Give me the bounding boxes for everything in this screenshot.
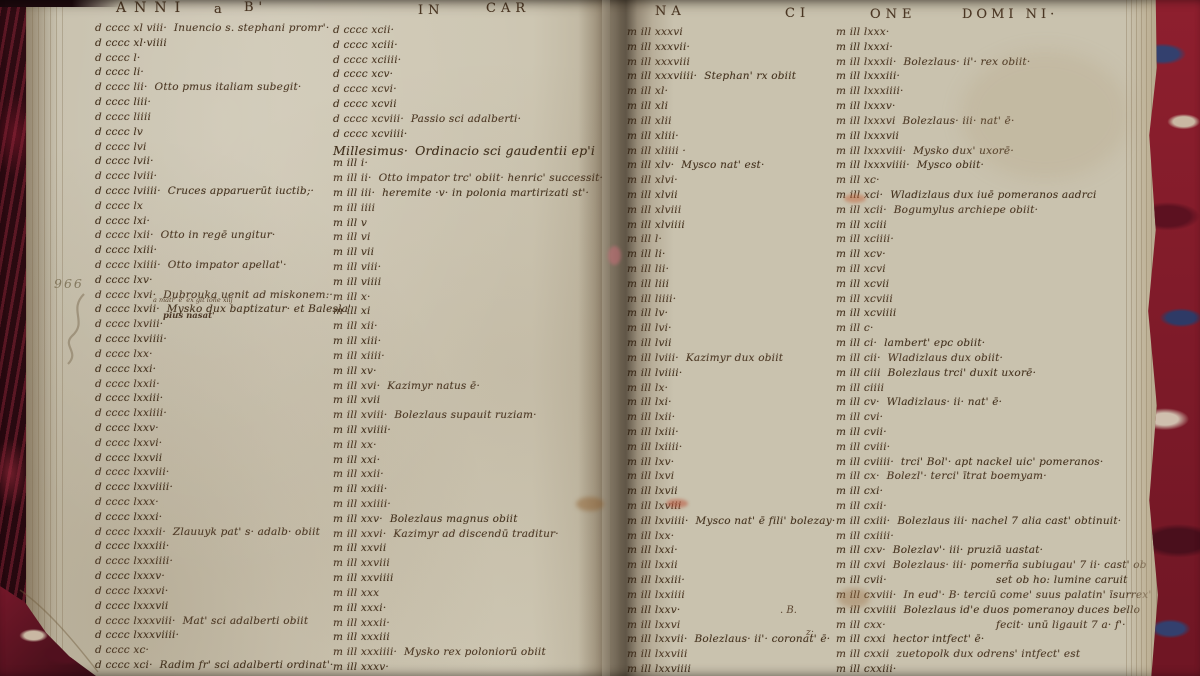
annal-year: m ill c·	[836, 322, 874, 334]
annal-entry: m ill xi	[333, 305, 623, 320]
annal-entry: m ill xviii·Bolezlaus supauit ruziam·	[333, 409, 623, 424]
annal-note: Kazimyr ad discendū traditur·	[393, 528, 558, 540]
annal-year: m ill iiii	[333, 202, 375, 214]
annal-entry: Millesimus·Ordinacio sci gaudentii ep'i	[333, 143, 623, 158]
running-title-segment: B'	[244, 0, 267, 15]
annal-note: Mysko dux' uxorē·	[913, 145, 1014, 157]
annal-year: m ill cxiii·	[836, 515, 890, 527]
annal-year: m ill xliiii ·	[627, 145, 686, 157]
margin-flourish-pencil	[58, 292, 92, 368]
annal-entry: d cccc xc·	[95, 644, 360, 659]
annal-entry: d cccc lv	[95, 126, 360, 141]
annal-note-continuation: fecit· unū ligauit 7 a· f'·	[996, 619, 1126, 631]
annal-year: m ill xlii	[627, 115, 672, 127]
annal-year: d cccc lxxxii·	[95, 526, 166, 538]
annal-note: Bolezlaus iii· nachel 7 alia cast' obtin…	[897, 515, 1121, 527]
annal-entry: m ill xlvii	[627, 189, 842, 204]
annal-year: d cccc xciiii·	[333, 54, 401, 66]
annal-entry: m ill xv·	[333, 365, 623, 380]
annal-entry: m ill liii	[627, 278, 842, 293]
annal-entry: m ill cxviiiiBolezlaus id'e duos pomeran…	[836, 604, 1168, 619]
annal-note: Wladizlaus dux iuē pomeranos aadrci	[890, 189, 1096, 201]
annal-entry: d cccc lxviiii·	[95, 333, 360, 348]
annal-entry: m ill xliiii ·	[627, 145, 842, 160]
annal-entry: m ill xxxvii·	[627, 41, 842, 56]
annal-entry: d cccc lxvii·Mysko dux baptizatur· et Ba…	[95, 303, 360, 318]
annal-entry: d cccc lxxviii·	[95, 466, 360, 481]
annal-entry: m ill cvi·	[836, 411, 1168, 426]
annal-entry: d cccc lxi·	[95, 215, 360, 230]
annal-entry: m ill xxxiii	[333, 631, 623, 646]
annal-entry: m ill cvii·	[836, 426, 1168, 441]
running-title-segment: a	[214, 2, 227, 17]
annal-note: Ordinacio sci gaudentii ep'i	[415, 143, 595, 158]
annal-entry: m ill xliii·	[627, 130, 842, 145]
annal-entry: d cccc xcviii·Passio sci adalberti·	[333, 113, 623, 128]
annal-entry: m ill xxii·	[333, 468, 623, 483]
annal-note-continuation: set ob ho: lumine caruit	[996, 574, 1128, 586]
annal-year: d cccc lxxxvii	[95, 600, 169, 612]
annal-entry: m ill ci·lambert' epc obiit·	[836, 337, 1168, 352]
annal-entry: d cccc lxiiii·Otto impator apellat'·	[95, 259, 360, 274]
annal-entry: m ill xxxvi	[627, 26, 842, 41]
annal-entry: d cccc lxxxvii	[95, 600, 360, 615]
annal-entry: m ill cxi·	[836, 485, 1168, 500]
annal-entry: d cccc lvii·	[95, 155, 360, 170]
annal-year: m ill xxxiii	[333, 631, 390, 643]
gutter-margin-note-b: . B.	[780, 605, 797, 616]
annal-year: m ill lxx·	[627, 530, 674, 542]
annal-entry: m ill lxxxii·Bolezlaus· ii'· rex obiit·	[836, 56, 1168, 71]
annal-entry: m ill xcvi	[836, 263, 1168, 278]
annal-year: m ill lxxii	[627, 559, 678, 571]
annal-entry: m ill lxxxv·	[836, 100, 1168, 115]
annal-year: m ill cxx·	[836, 619, 886, 631]
annal-year: d cccc xcviii·	[333, 113, 404, 125]
annal-note: zuetopolk dux odrens' intfect' est	[896, 648, 1080, 660]
annal-entry: d cccc lxxviiii·	[95, 481, 360, 496]
annal-entry: m ill lxxxviii·Mysko dux' uxorē·	[836, 145, 1168, 160]
annal-entry: m ill xcviii	[836, 293, 1168, 308]
annal-year: d cccc lviii·	[95, 170, 157, 182]
annal-note: Bolezlaus· iii· pomerña subiugau' 7 ii· …	[893, 559, 1147, 571]
annal-entry: m ill lxxv·	[627, 604, 842, 619]
annal-entry: m ill l·	[627, 233, 842, 248]
annal-entry: d cccc lxxi·	[95, 363, 360, 378]
annal-entry: m ill lv·	[627, 307, 842, 322]
annal-entry: m ill xcviiii	[836, 307, 1168, 322]
annal-entry: d cccc lxxxviii·Mat' sci adalberti obiit	[95, 615, 360, 630]
annal-year: m ill lxxviiii	[627, 663, 691, 675]
annal-entry: d cccc lxii·Otto in regē ungitur·	[95, 229, 360, 244]
annal-entry: d cccc lxxv·	[95, 422, 360, 437]
annal-note: Mysco obiit·	[917, 159, 984, 171]
annal-year: m ill xli	[627, 100, 668, 112]
annal-entry: d cccc l·	[95, 52, 360, 67]
annal-note: lambert' epc obiit·	[884, 337, 985, 349]
annal-entry: m ill xli	[627, 100, 842, 115]
annal-year: m ill xxv·	[333, 513, 383, 525]
annal-year: m ill lxxxiiii·	[836, 85, 904, 97]
annal-year: m ill cviii·	[836, 441, 890, 453]
annal-year: m ill xcii·	[836, 204, 887, 216]
annal-year: d cccc lxiii·	[95, 244, 157, 256]
annal-entry: m ill cv·Wladizlaus· ii· nat' ē·	[836, 396, 1168, 411]
manuscript-page-right: NA CI ONE DOMI NI· m ill xxxvim ill xxxv…	[610, 0, 1155, 676]
annal-entry: d cccc lxxx·	[95, 496, 360, 511]
annal-note: Otto pmus italiam subegit·	[155, 81, 302, 93]
annal-entry: m ill xxxviii	[627, 56, 842, 71]
annal-entry: d cccc lxxxii·Zlauuyk pat' s· adalb· obi…	[95, 526, 360, 541]
annal-entry: m ill xiii·	[333, 335, 623, 350]
annal-entry: d cccc lxx·	[95, 348, 360, 363]
annal-year: m ill cxxiii·	[836, 663, 896, 675]
annal-year: d cccc lxxiii·	[95, 392, 163, 404]
running-title-segment: CI	[785, 6, 810, 21]
annal-year: m ill lviiii·	[627, 367, 682, 379]
annal-entry: m ill lviii·Kazimyr dux obiit	[627, 352, 842, 367]
annal-entry: m ill viii·	[333, 261, 623, 276]
annal-year: m ill xlviiii	[627, 219, 685, 231]
annal-entry: m ill lxxxiii·	[836, 70, 1168, 85]
annal-note: Bolezlaus supauit ruziam·	[394, 409, 536, 421]
annal-year: m ill x·	[333, 291, 371, 303]
annal-entry: m ill lviiii·	[627, 367, 842, 382]
annal-note: Otto impator trc' obiit· henric' success…	[379, 172, 604, 184]
annal-year: m ill lxxviii	[627, 648, 688, 660]
annal-year: m ill xxxiiii·	[333, 646, 397, 658]
annal-entry: m ill xii·	[333, 320, 623, 335]
annal-year: m ill cxv·	[836, 544, 886, 556]
annal-year: m ill lvii	[627, 337, 672, 349]
annal-year: d cccc lviiii·	[95, 185, 161, 197]
annals-column-1036-1079: m ill xxxvim ill xxxvii·m ill xxxviiim i…	[627, 26, 842, 676]
annal-year: d cccc lxxiiii·	[95, 407, 167, 419]
annal-entry: d cccc lxxxviiii·	[95, 629, 360, 644]
annal-note: Bolezlaus· ii'· rex obiit·	[903, 56, 1030, 68]
annal-year: m ill cx·	[836, 470, 880, 482]
annal-year: m ill xxvii	[333, 542, 386, 554]
annal-year: m ill lxxxvi	[836, 115, 896, 127]
annal-entry: m ill cxx·fecit· unū ligauit 7 a· f'·	[836, 619, 1168, 634]
annal-year: d cccc lxxxviii·	[95, 615, 176, 627]
annal-year: m ill lxiiii·	[627, 441, 682, 453]
annal-year: Millesimus·	[333, 143, 408, 158]
annal-note: hector intfect' ē·	[893, 633, 985, 645]
annal-entry: m ill lxxviiii	[627, 663, 842, 676]
book-cover-top-edge	[0, 0, 120, 7]
annal-year: m ill lxxiii·	[627, 574, 685, 586]
annal-year: m ill cxxi	[836, 633, 886, 645]
annal-year: d cccc xcv·	[333, 68, 393, 80]
annal-year: d cccc xl·viiii	[95, 37, 167, 49]
annal-year: m ill l·	[627, 233, 662, 245]
annal-entry: m ill lxi·	[627, 396, 842, 411]
annal-year: d cccc liiii	[95, 111, 151, 123]
annal-year: d cccc lxvi·	[95, 289, 156, 301]
annal-year: d cccc lxxxv·	[95, 570, 165, 582]
annal-year: d cccc xci·	[95, 659, 153, 671]
annal-entry: d cccc xcii·	[333, 24, 623, 39]
annal-entry: m ill lxvii	[627, 485, 842, 500]
annal-year: m ill xlvi·	[627, 174, 678, 186]
annals-column-948-991: d cccc xl viii·Inuencio s. stephani prom…	[95, 22, 360, 674]
annal-year: m ill cxviii·	[836, 589, 896, 601]
annal-entry: m ill xcvii	[836, 278, 1168, 293]
annal-year: d cccc xcvii	[333, 98, 397, 110]
annal-year: d cccc lxxxvi·	[95, 585, 168, 597]
annal-year: d cccc lxxviiii·	[95, 481, 173, 493]
annal-entry: m ill xxxv·	[333, 661, 623, 676]
annal-year: m ill xii·	[333, 320, 378, 332]
annal-note: Mat' sci adalberti obiit	[183, 615, 309, 627]
annal-note: Bolezlaus· iii· nat' ē·	[903, 115, 1015, 127]
annal-entry: m ill li·	[627, 248, 842, 263]
annal-year: m ill xcvi	[836, 263, 886, 275]
annal-entry: d cccc lxxxvi·	[95, 585, 360, 600]
annal-year: m ill cxiiii·	[836, 530, 894, 542]
annal-year: d cccc lxvii·	[95, 303, 160, 315]
annal-year: m ill v	[333, 217, 367, 229]
annal-entry: m ill lx·	[627, 382, 842, 397]
annal-year: m ill lxviii	[627, 500, 681, 512]
annal-entry: d cccc lvi	[95, 141, 360, 156]
annal-entry: m ill lii·	[627, 263, 842, 278]
annal-year: d cccc lxii·	[95, 229, 154, 241]
annal-year: d cccc lxxxiiii·	[95, 555, 173, 567]
annal-entry: d cccc xcvii	[333, 98, 623, 113]
annal-entry: m ill xxxii·	[333, 617, 623, 632]
annal-note: Bolezlaus id'e duos pomeranoy duces bell…	[903, 604, 1140, 616]
annal-year: m ill xxxii·	[333, 617, 390, 629]
annal-entry: d cccc lxxiiii·	[95, 407, 360, 422]
annal-year: m ill xxviiii	[333, 572, 394, 584]
annal-entry: m ill xvii	[333, 394, 623, 409]
annal-year: d cccc lx	[95, 200, 143, 212]
annal-entry: m ill lxxxiiii·	[836, 85, 1168, 100]
annal-year: m ill cxi·	[836, 485, 883, 497]
annal-entry: m ill xcv·	[836, 248, 1168, 263]
annal-entry: m ill cxv·Bolezlav'· iii· pruziā uastat·	[836, 544, 1168, 559]
annal-entry: d cccc li·	[95, 66, 360, 81]
annal-entry: m ill xxxiiii·Mysko rex poloniorū obiit	[333, 646, 623, 661]
annal-entry: m ill xxiiii·	[333, 498, 623, 513]
annal-year: m ill xi	[333, 305, 371, 317]
margin-pencil-year: 966	[54, 276, 84, 291]
annal-entry: m ill iiii	[333, 202, 623, 217]
annal-note: Bolezlaus trci' duxit uxorē·	[888, 367, 1036, 379]
annal-entry: m ill ciiii	[836, 382, 1168, 397]
annal-year: m ill cxviiii	[836, 604, 896, 616]
annal-entry: m ill lxxx·	[836, 26, 1168, 41]
annal-entry: d cccc xcvi·	[333, 83, 623, 98]
annal-entry: m ill xlii	[627, 115, 842, 130]
annal-year: m ill iii·	[333, 187, 375, 199]
annal-year: m ill lxvii	[627, 485, 678, 497]
annal-year: m ill lxxxvii	[836, 130, 899, 142]
annal-entry: m ill cxxihector intfect' ē·	[836, 633, 1168, 648]
annal-note: Kazimyr dux obiit	[686, 352, 783, 364]
annal-year: m ill xciiii·	[836, 233, 894, 245]
annal-entry: d cccc lxviii·	[95, 318, 360, 333]
annal-note: Stephan' rx obiit	[704, 70, 796, 82]
annal-entry: m ill xxxviiii·Stephan' rx obiit	[627, 70, 842, 85]
annal-entry: m ill xiiii·	[333, 350, 623, 365]
annal-entry: d cccc lviii·	[95, 170, 360, 185]
annal-note: Otto impator apellat'·	[168, 259, 287, 271]
annal-year: m ill xlviii	[627, 204, 681, 216]
annal-entry: m ill lxxii	[627, 559, 842, 574]
annal-year: m ill lxxx·	[836, 26, 889, 38]
annal-year: m ill cvii·	[836, 426, 887, 438]
annal-year: m ill vii	[333, 246, 374, 258]
annal-year: m ill xci·	[836, 189, 883, 201]
annal-entry: d cccc lii·Otto pmus italiam subegit·	[95, 81, 360, 96]
annal-year: m ill cxii·	[836, 500, 887, 512]
annal-entry: m ill xc·	[836, 174, 1168, 189]
annal-note: heremite ·v· in polonia martirizati st'·	[382, 187, 589, 199]
annal-year: m ill lxxxv·	[836, 100, 896, 112]
annal-note: Mysco nat' est·	[681, 159, 764, 171]
annal-entry: m ill lxviiii·Mysco nat' ē fili' bolezay…	[627, 515, 842, 530]
annal-year: m ill cxvi	[836, 559, 886, 571]
annal-entry: d cccc liiii	[95, 111, 360, 126]
annal-entry: m ill xxvii	[333, 542, 623, 557]
annal-entry: m ill xl·	[627, 85, 842, 100]
annal-year: d cccc lxxv·	[95, 422, 159, 434]
annal-year: m ill liii	[627, 278, 669, 290]
annal-year: d cccc lxi·	[95, 215, 150, 227]
annal-entry: m ill xvi·Kazimyr natus ē·	[333, 380, 623, 395]
annal-year: d cccc xcii·	[333, 24, 394, 36]
annal-year: m ill xcv·	[836, 248, 886, 260]
annal-year: m ill xcvii	[836, 278, 889, 290]
annal-entry: d cccc lxxxi·	[95, 511, 360, 526]
annal-entry: d cccc lxxxiii·	[95, 540, 360, 555]
annal-entry: m ill xxx	[333, 587, 623, 602]
annal-entry: m ill lxxxviBolezlaus· iii· nat' ē·	[836, 115, 1168, 130]
running-title-segment: ONE	[870, 7, 917, 22]
annal-year: m ill lxvi	[627, 470, 674, 482]
annal-entry: m ill cviii·	[836, 441, 1168, 456]
annal-entry: m ill viiii	[333, 276, 623, 291]
annal-year: m ill lxxvii·	[627, 633, 688, 645]
annal-note: Passio sci adalberti·	[411, 113, 521, 125]
annal-year: d cccc lxxx·	[95, 496, 159, 508]
annal-year: m ill xxi·	[333, 454, 380, 466]
annal-year: m ill lxxxii·	[836, 56, 896, 68]
annal-year: m ill cxxii	[836, 648, 889, 660]
annal-entry: m ill cviiii·trci' Bol'· apt nackel uic'…	[836, 456, 1168, 471]
annal-entry: m ill cxviii·In eud'· B· terciū come' su…	[836, 589, 1168, 604]
annal-entry: m ill lxxiii·	[627, 574, 842, 589]
annal-year: m ill xiiii·	[333, 350, 385, 362]
annal-year: d cccc lxviii·	[95, 318, 163, 330]
annal-entry: m ill cx·Bolezl'· terci' ītrat boemyam·	[836, 470, 1168, 485]
annal-year: d cccc lxxxviiii·	[95, 629, 179, 641]
annal-entry: d cccc xciiii·	[333, 54, 623, 69]
annal-year: m ill xxii·	[333, 468, 384, 480]
annal-entry: m ill lxx·	[627, 530, 842, 545]
manuscript-page-left: ANNI a B' IN CAR d cccc xl viii·Inuencio…	[20, 0, 602, 676]
annal-year: m ill xiii·	[333, 335, 381, 347]
annal-year: d cccc lxxvi·	[95, 437, 162, 449]
annal-entry: m ill xci·Wladizlaus dux iuē pomeranos a…	[836, 189, 1168, 204]
annal-entry: m ill lxiiii·	[627, 441, 842, 456]
annal-entry: m ill xxviiii	[333, 572, 623, 587]
annal-entry: m ill x·	[333, 291, 623, 306]
annal-year: m ill xxx	[333, 587, 379, 599]
running-title-segment: ANNI	[116, 0, 188, 16]
annal-year: m ill xvi·	[333, 380, 380, 392]
annal-year: d cccc xc·	[95, 644, 149, 656]
annal-entry: m ill xlviiii	[627, 219, 842, 234]
annal-year: m ill xl·	[627, 85, 668, 97]
annal-year: m ill lii·	[627, 263, 669, 275]
annal-entry: d cccc lxxii·	[95, 378, 360, 393]
annal-entry: m ill c·	[836, 322, 1168, 337]
annal-entry: m ill cxxiii·	[836, 663, 1168, 676]
annal-year: m ill xxviii	[333, 557, 390, 569]
annal-year: m ill vi	[333, 231, 371, 243]
manuscript-photo: ANNI a B' IN CAR d cccc xl viii·Inuencio…	[0, 0, 1200, 676]
annal-year: m ill xlv·	[627, 159, 674, 171]
annal-entry: m ill lxviii	[627, 500, 842, 515]
annal-year: m ill xviiii·	[333, 424, 391, 436]
annal-entry: d cccc lxiii·	[95, 244, 360, 259]
annal-year: m ill xxiii·	[333, 483, 387, 495]
annal-year: m ill lvi·	[627, 322, 672, 334]
annal-year: m ill viii·	[333, 261, 381, 273]
annal-entry: m ill lxxi·	[627, 544, 842, 559]
annal-entry: m ill liiii·	[627, 293, 842, 308]
annal-year: d cccc xcviiii·	[333, 128, 407, 140]
annal-entry: d cccc lxxxv·	[95, 570, 360, 585]
annal-entry: m ill lxxxi·	[836, 41, 1168, 56]
annal-year: d cccc lxxxi·	[95, 511, 162, 523]
annal-year: m ill xvii	[333, 394, 380, 406]
annal-year: m ill ci·	[836, 337, 877, 349]
annals-column-1080-1123: m ill lxxx·m ill lxxxi·m ill lxxxii·Bole…	[836, 26, 1168, 676]
gutter-margin-note-z: z:	[806, 628, 814, 638]
interlinear-note: a matr' e' ex git iohe xiij	[153, 296, 233, 304]
annal-entry: d cccc xl·viiii	[95, 37, 360, 52]
annals-column-992-1035: d cccc xcii·d cccc xciii·d cccc xciiii·d…	[333, 24, 623, 676]
annal-year: d cccc lxxxiii·	[95, 540, 169, 552]
book-cover-left	[0, 0, 26, 676]
annal-entry: m ill vi	[333, 231, 623, 246]
annal-entry: m ill lxvi	[627, 470, 842, 485]
running-title-segment: IN	[418, 3, 445, 18]
annal-year: d cccc lxxviii·	[95, 466, 169, 478]
annal-note: Otto in regē ungitur·	[161, 229, 276, 241]
annal-year: d cccc l·	[95, 52, 140, 64]
annal-note: Mysco nat' ē fili' bolezay·	[696, 515, 836, 527]
annal-note: Wladizlaus· ii· nat' ē·	[887, 396, 1002, 408]
annal-year: m ill liiii·	[627, 293, 676, 305]
annal-entry: m ill xxvi·Kazimyr ad discendū traditur·	[333, 528, 623, 543]
annal-note: Zlauuyk pat' s· adalb· obiit	[173, 526, 320, 538]
annal-entry: m ill lxxiiii	[627, 589, 842, 604]
interlinear-note-continuation: pius nasat'	[163, 311, 215, 321]
annal-entry: m ill xxviii	[333, 557, 623, 572]
annal-year: m ill lx·	[627, 382, 668, 394]
annal-year: d cccc lxxi·	[95, 363, 156, 375]
annal-year: d cccc lxiiii·	[95, 259, 161, 271]
annal-entry: m ill cvii·set ob ho: lumine caruit	[836, 574, 1168, 589]
annal-note: Kazimyr natus ē·	[387, 380, 480, 392]
annal-year: d cccc lvi	[95, 141, 147, 153]
